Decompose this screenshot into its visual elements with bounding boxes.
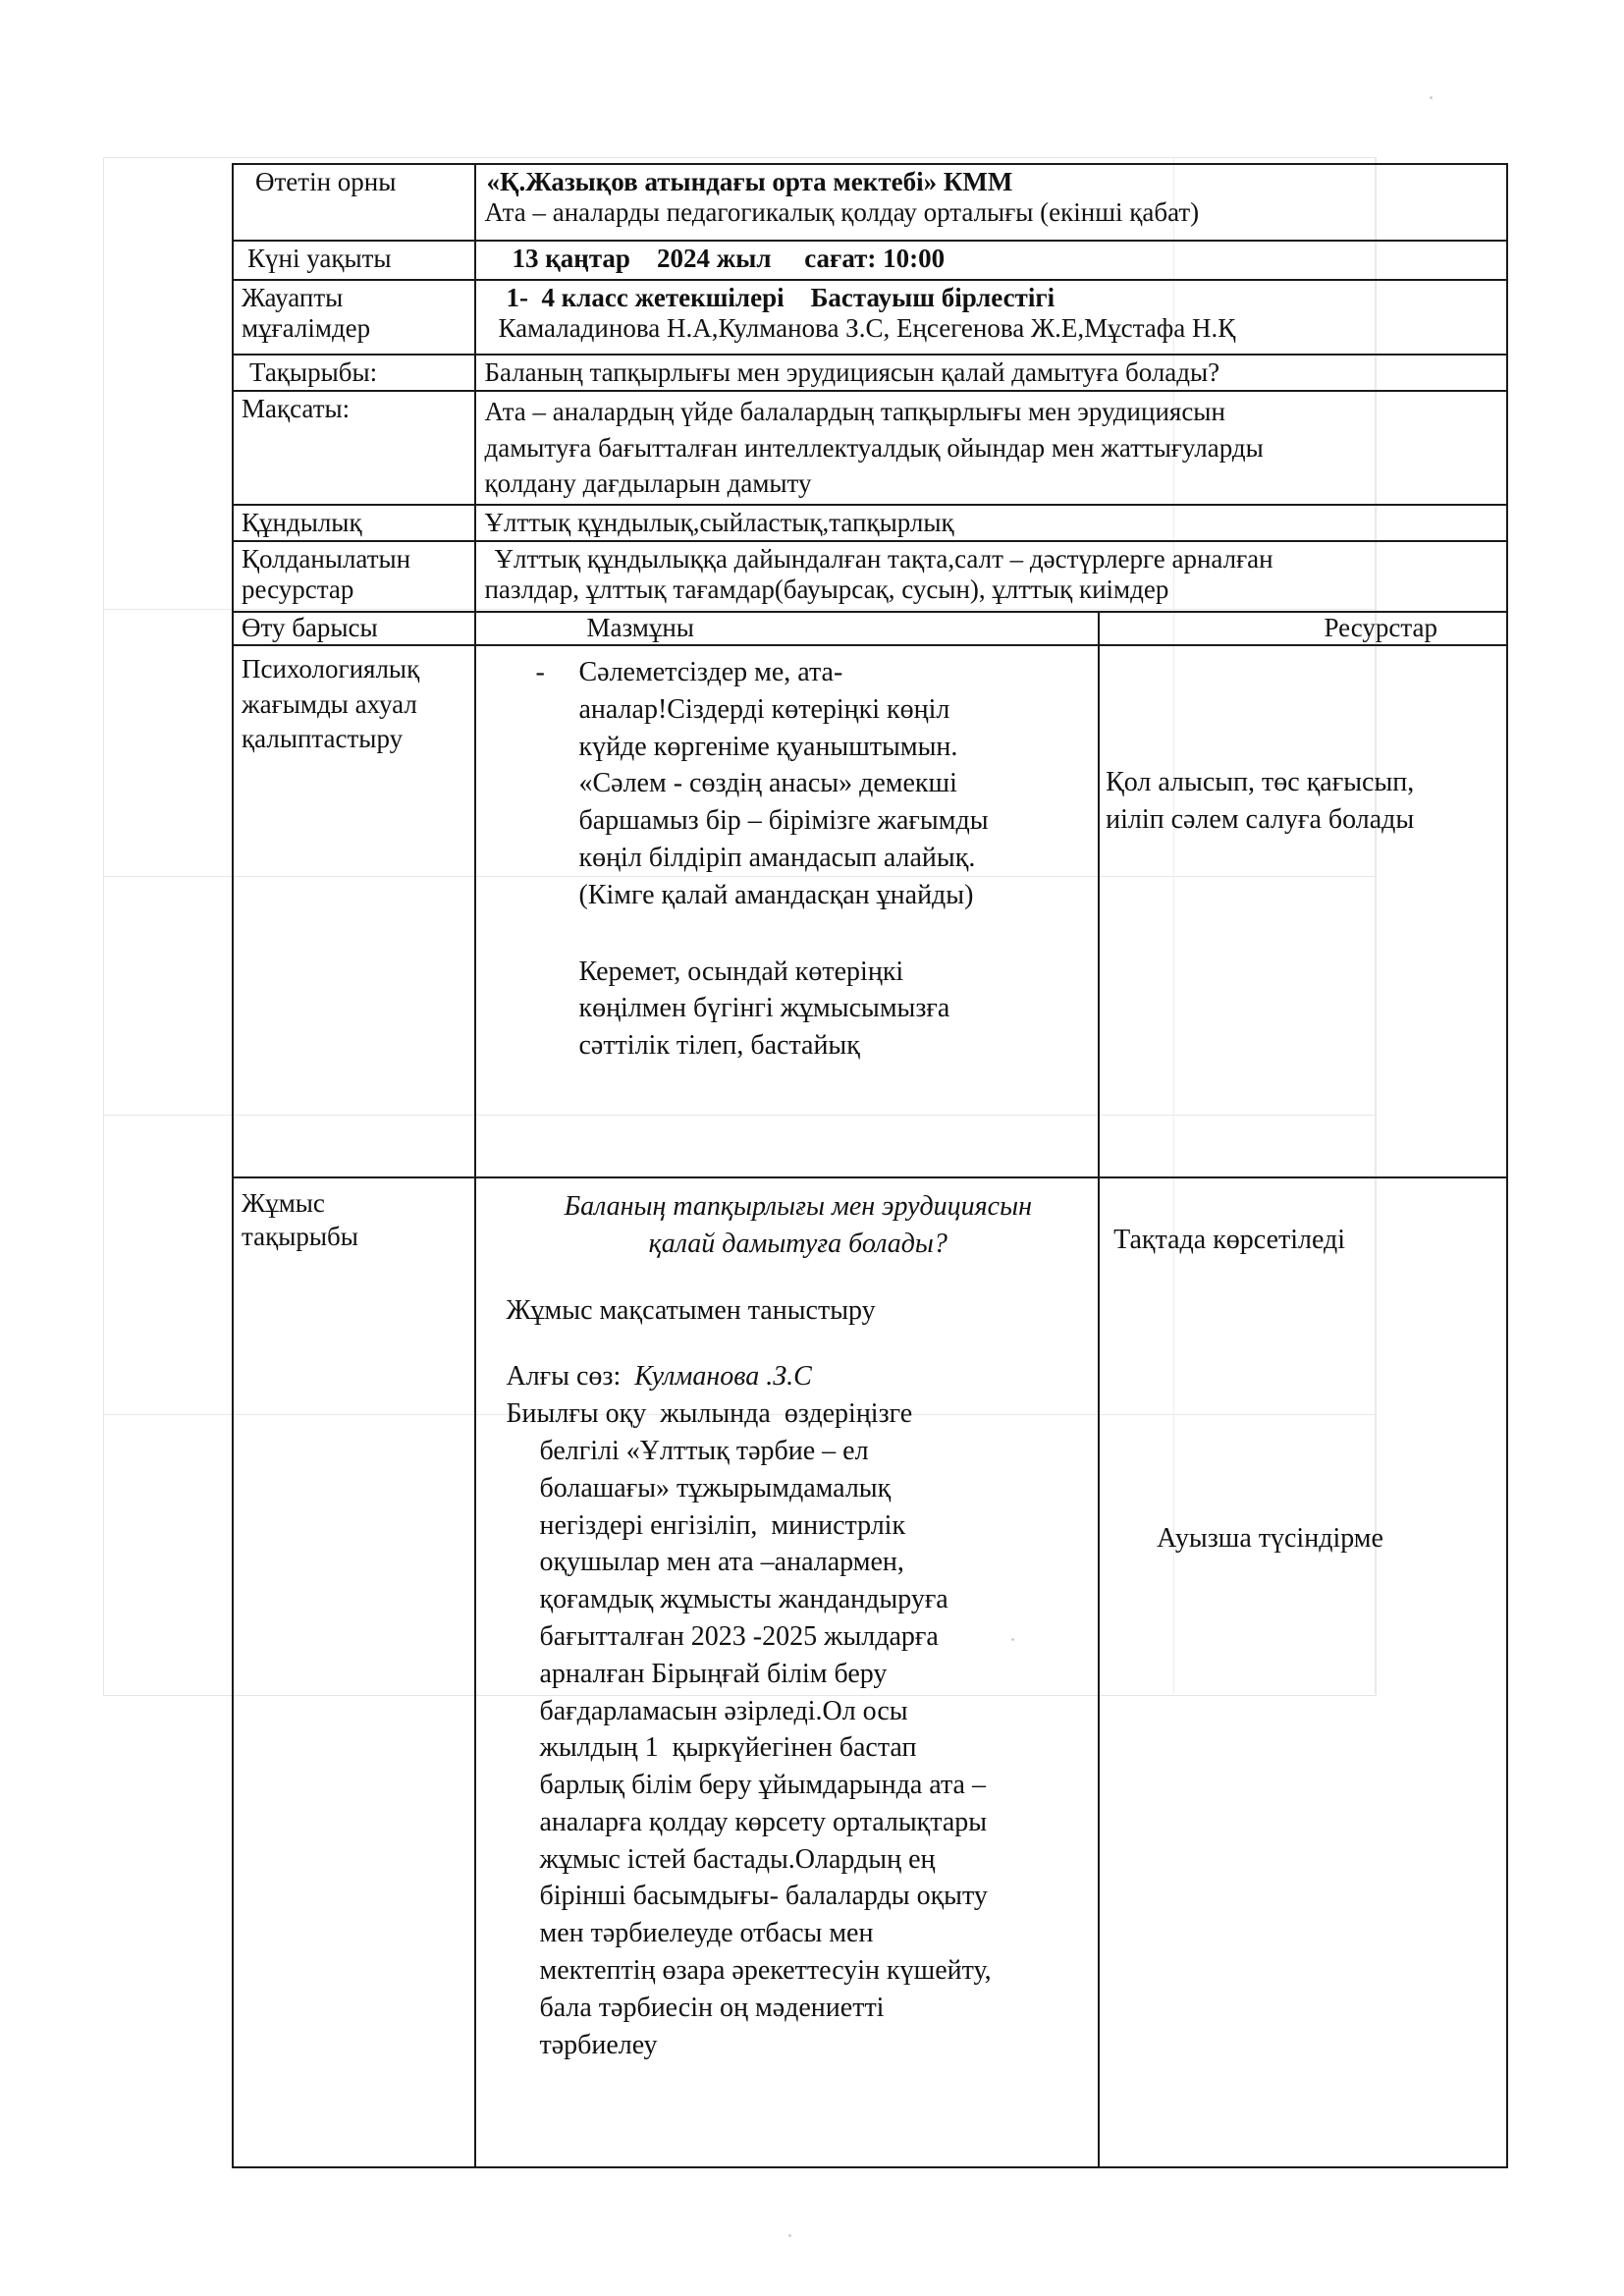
- teachers-group: 1- 4 класс жетекшілері Бастауыш бірлесті…: [484, 283, 1498, 313]
- stage-label: Психологиялық жағымды ахуал қалыптастыру: [233, 645, 475, 1177]
- teachers-names: Камаладинова Н.А,Кулманова З.С, Еңсегено…: [484, 313, 1498, 344]
- venue-value: «Қ.Жазықов атындағы орта мектебі» КММ Ат…: [475, 164, 1507, 241]
- row-resources-used: Қолданылатын ресурстар Ұлттық құндылыққа…: [233, 541, 1507, 612]
- stage-row-psychological-climate: Психологиялық жағымды ахуал қалыптастыру…: [233, 645, 1507, 1177]
- greeting-bullet: - Сәлеметсіздер ме, ата- аналар!Сіздерді…: [484, 648, 1090, 1065]
- stage-row-work-topic: Жұмыс тақырыбы Баланың тапқырлығы мен эр…: [233, 1177, 1507, 2167]
- row-goal: Мақсаты: Ата – аналардың үйде балалардың…: [233, 391, 1507, 504]
- foreword-author: Кулманова .З.С: [634, 1361, 812, 1392]
- topic-value: Баланың тапқырлығы мен эрудициясын қалай…: [475, 355, 1507, 391]
- process-header-row: Өту барысы Мазмұны Ресурстар: [233, 612, 1507, 645]
- topic-label: Тақырыбы:: [233, 355, 475, 391]
- row-venue: Өтетін орны «Қ.Жазықов атындағы орта мек…: [233, 164, 1507, 241]
- stage-label: Жұмыс тақырыбы: [233, 1177, 475, 2167]
- row-topic: Тақырыбы: Баланың тапқырлығы мен эрудици…: [233, 355, 1507, 391]
- venue-label: Өтетін орны: [233, 164, 475, 241]
- values-label: Құндылық: [233, 505, 475, 541]
- dash-bullet-icon: -: [535, 654, 578, 1065]
- goal-value: Ата – аналардың үйде балалардың тапқырлы…: [475, 391, 1507, 504]
- header-resources: Ресурстар: [1099, 612, 1507, 645]
- scan-speck: [1430, 96, 1433, 99]
- header-stage: Өту барысы: [233, 612, 475, 645]
- resources-label: Қолданылатын ресурстар: [233, 541, 475, 612]
- teachers-label: Жауапты мұғалімдер: [233, 280, 475, 355]
- resource-board: Тақтада көрсетіледі: [1113, 1222, 1498, 1259]
- date-label: Күні уақыты: [233, 241, 475, 280]
- date-value: 13 қаңтар 2024 жыл сағат: 10:00: [475, 241, 1507, 280]
- stage-resources: Тақтада көрсетіледі Ауызша түсіндірме: [1099, 1177, 1507, 2167]
- row-values: Құндылық Ұлттық құндылық,сыйластық,тапқы…: [233, 505, 1507, 541]
- resource-oral: Ауызша түсіндірме: [1113, 1520, 1498, 1558]
- stage-resources: Қол алысып, төс қағысып, иіліп сәлем сал…: [1099, 645, 1507, 1177]
- foreword-line: Алғы сөз: Кулманова .З.С: [506, 1358, 1090, 1395]
- lesson-plan-table: Өтетін орны «Қ.Жазықов атындағы орта мек…: [232, 163, 1508, 2168]
- row-responsible-teachers: Жауапты мұғалімдер 1- 4 класс жетекшілер…: [233, 280, 1507, 355]
- goal-label: Мақсаты:: [233, 391, 475, 504]
- values-value: Ұлттық құндылық,сыйластық,тапқырлық: [475, 505, 1507, 541]
- stage-content: Баланың тапқырлығы мен эрудициясын қалай…: [475, 1177, 1099, 2167]
- work-topic-title: Баланың тапқырлығы мен эрудициясын қалай…: [506, 1180, 1090, 1263]
- school-name: «Қ.Жазықов атындағы орта мектебі» КММ: [484, 167, 1498, 197]
- teachers-value: 1- 4 класс жетекшілері Бастауыш бірлесті…: [475, 280, 1507, 355]
- foreword-body: белгілі «Ұлттық тәрбие – ел болашағы» тұ…: [506, 1433, 1090, 2064]
- stage-content: - Сәлеметсіздер ме, ата- аналар!Сіздерді…: [475, 645, 1099, 1177]
- row-date-time: Күні уақыты 13 қаңтар 2024 жыл сағат: 10…: [233, 241, 1507, 280]
- intro-line: Жұмыс мақсатымен таныстыру: [506, 1292, 1090, 1330]
- scan-speck: [788, 2234, 791, 2237]
- resources-value: Ұлттық құндылыққа дайындалған тақта,салт…: [475, 541, 1507, 612]
- venue-center: Ата – аналарды педагогикалық қолдау орта…: [484, 197, 1498, 228]
- header-content: Мазмұны: [475, 612, 1099, 645]
